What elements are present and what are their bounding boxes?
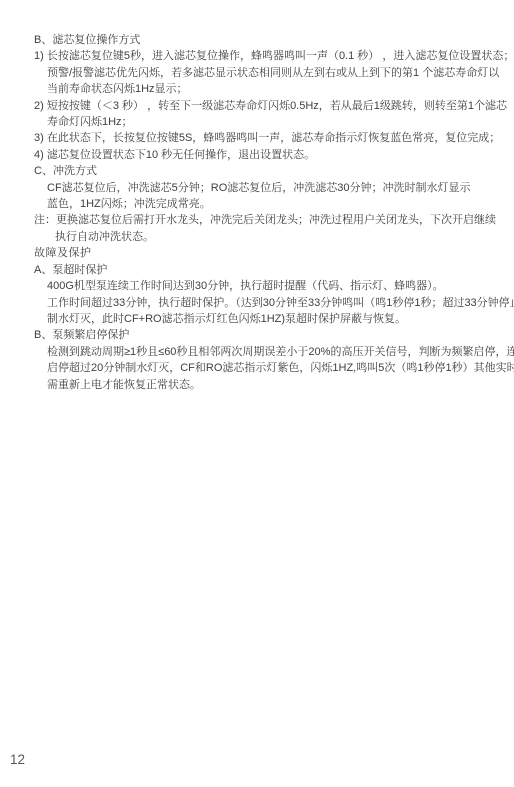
pump-frequent-startstop-protection-body: 检测到跳动周期≥1秒且≤60秒且相邻两次周期误差小于20%的高压开关信号，判断为… bbox=[34, 344, 510, 393]
flush-section-title: C、冲洗方式 bbox=[34, 163, 510, 179]
page-number: 12 bbox=[10, 752, 25, 767]
filter-reset-step-1: 1) 长按滤芯复位键5秒，进入滤芯复位操作，蜂鸣器鸣叫一声（0.1 秒） ，进入… bbox=[34, 48, 510, 97]
filter-reset-step-4: 4) 滤芯复位设置状态下10 秒无任何操作，退出设置状态。 bbox=[34, 147, 510, 163]
filter-reset-step-3: 3) 在此状态下，长按复位按键5S，蜂鸣器鸣叫一声，滤芯寿命指示灯恢复蓝色常亮，… bbox=[34, 130, 510, 146]
filter-reset-step-2: 2) 短按按键（＜3 秒） ，转至下一级滤芯寿命灯闪烁0.5Hz，若从最后1级跳… bbox=[34, 98, 510, 131]
pump-timeout-protection-body: 400G机型泵连续工作时间达到30分钟，执行超时提醒（代码、指示灯、蜂鸣器）。 … bbox=[34, 278, 510, 327]
filter-reset-section-title: B、滤芯复位操作方式 bbox=[34, 32, 510, 48]
pump-timeout-protection-title: A、泵超时保护 bbox=[34, 262, 510, 278]
page-content: B、滤芯复位操作方式 1) 长按滤芯复位键5秒，进入滤芯复位操作，蜂鸣器鸣叫一声… bbox=[34, 32, 510, 393]
fault-protection-heading: 故障及保护 bbox=[34, 245, 510, 261]
pump-frequent-startstop-protection-title: B、泵频繁启停保护 bbox=[34, 327, 510, 343]
document-page: B、滤芯复位操作方式 1) 长按滤芯复位键5秒，进入滤芯复位操作，蜂鸣器鸣叫一声… bbox=[0, 0, 514, 787]
flush-section-body: CF滤芯复位后，冲洗滤芯5分钟；RO滤芯复位后，冲洗滤芯30分钟；冲洗时制水灯显… bbox=[34, 180, 510, 213]
flush-section-note: 注：更换滤芯复位后需打开水龙头，冲洗完后关闭龙头；冲洗过程用户关闭龙头，下次开启… bbox=[34, 212, 510, 245]
